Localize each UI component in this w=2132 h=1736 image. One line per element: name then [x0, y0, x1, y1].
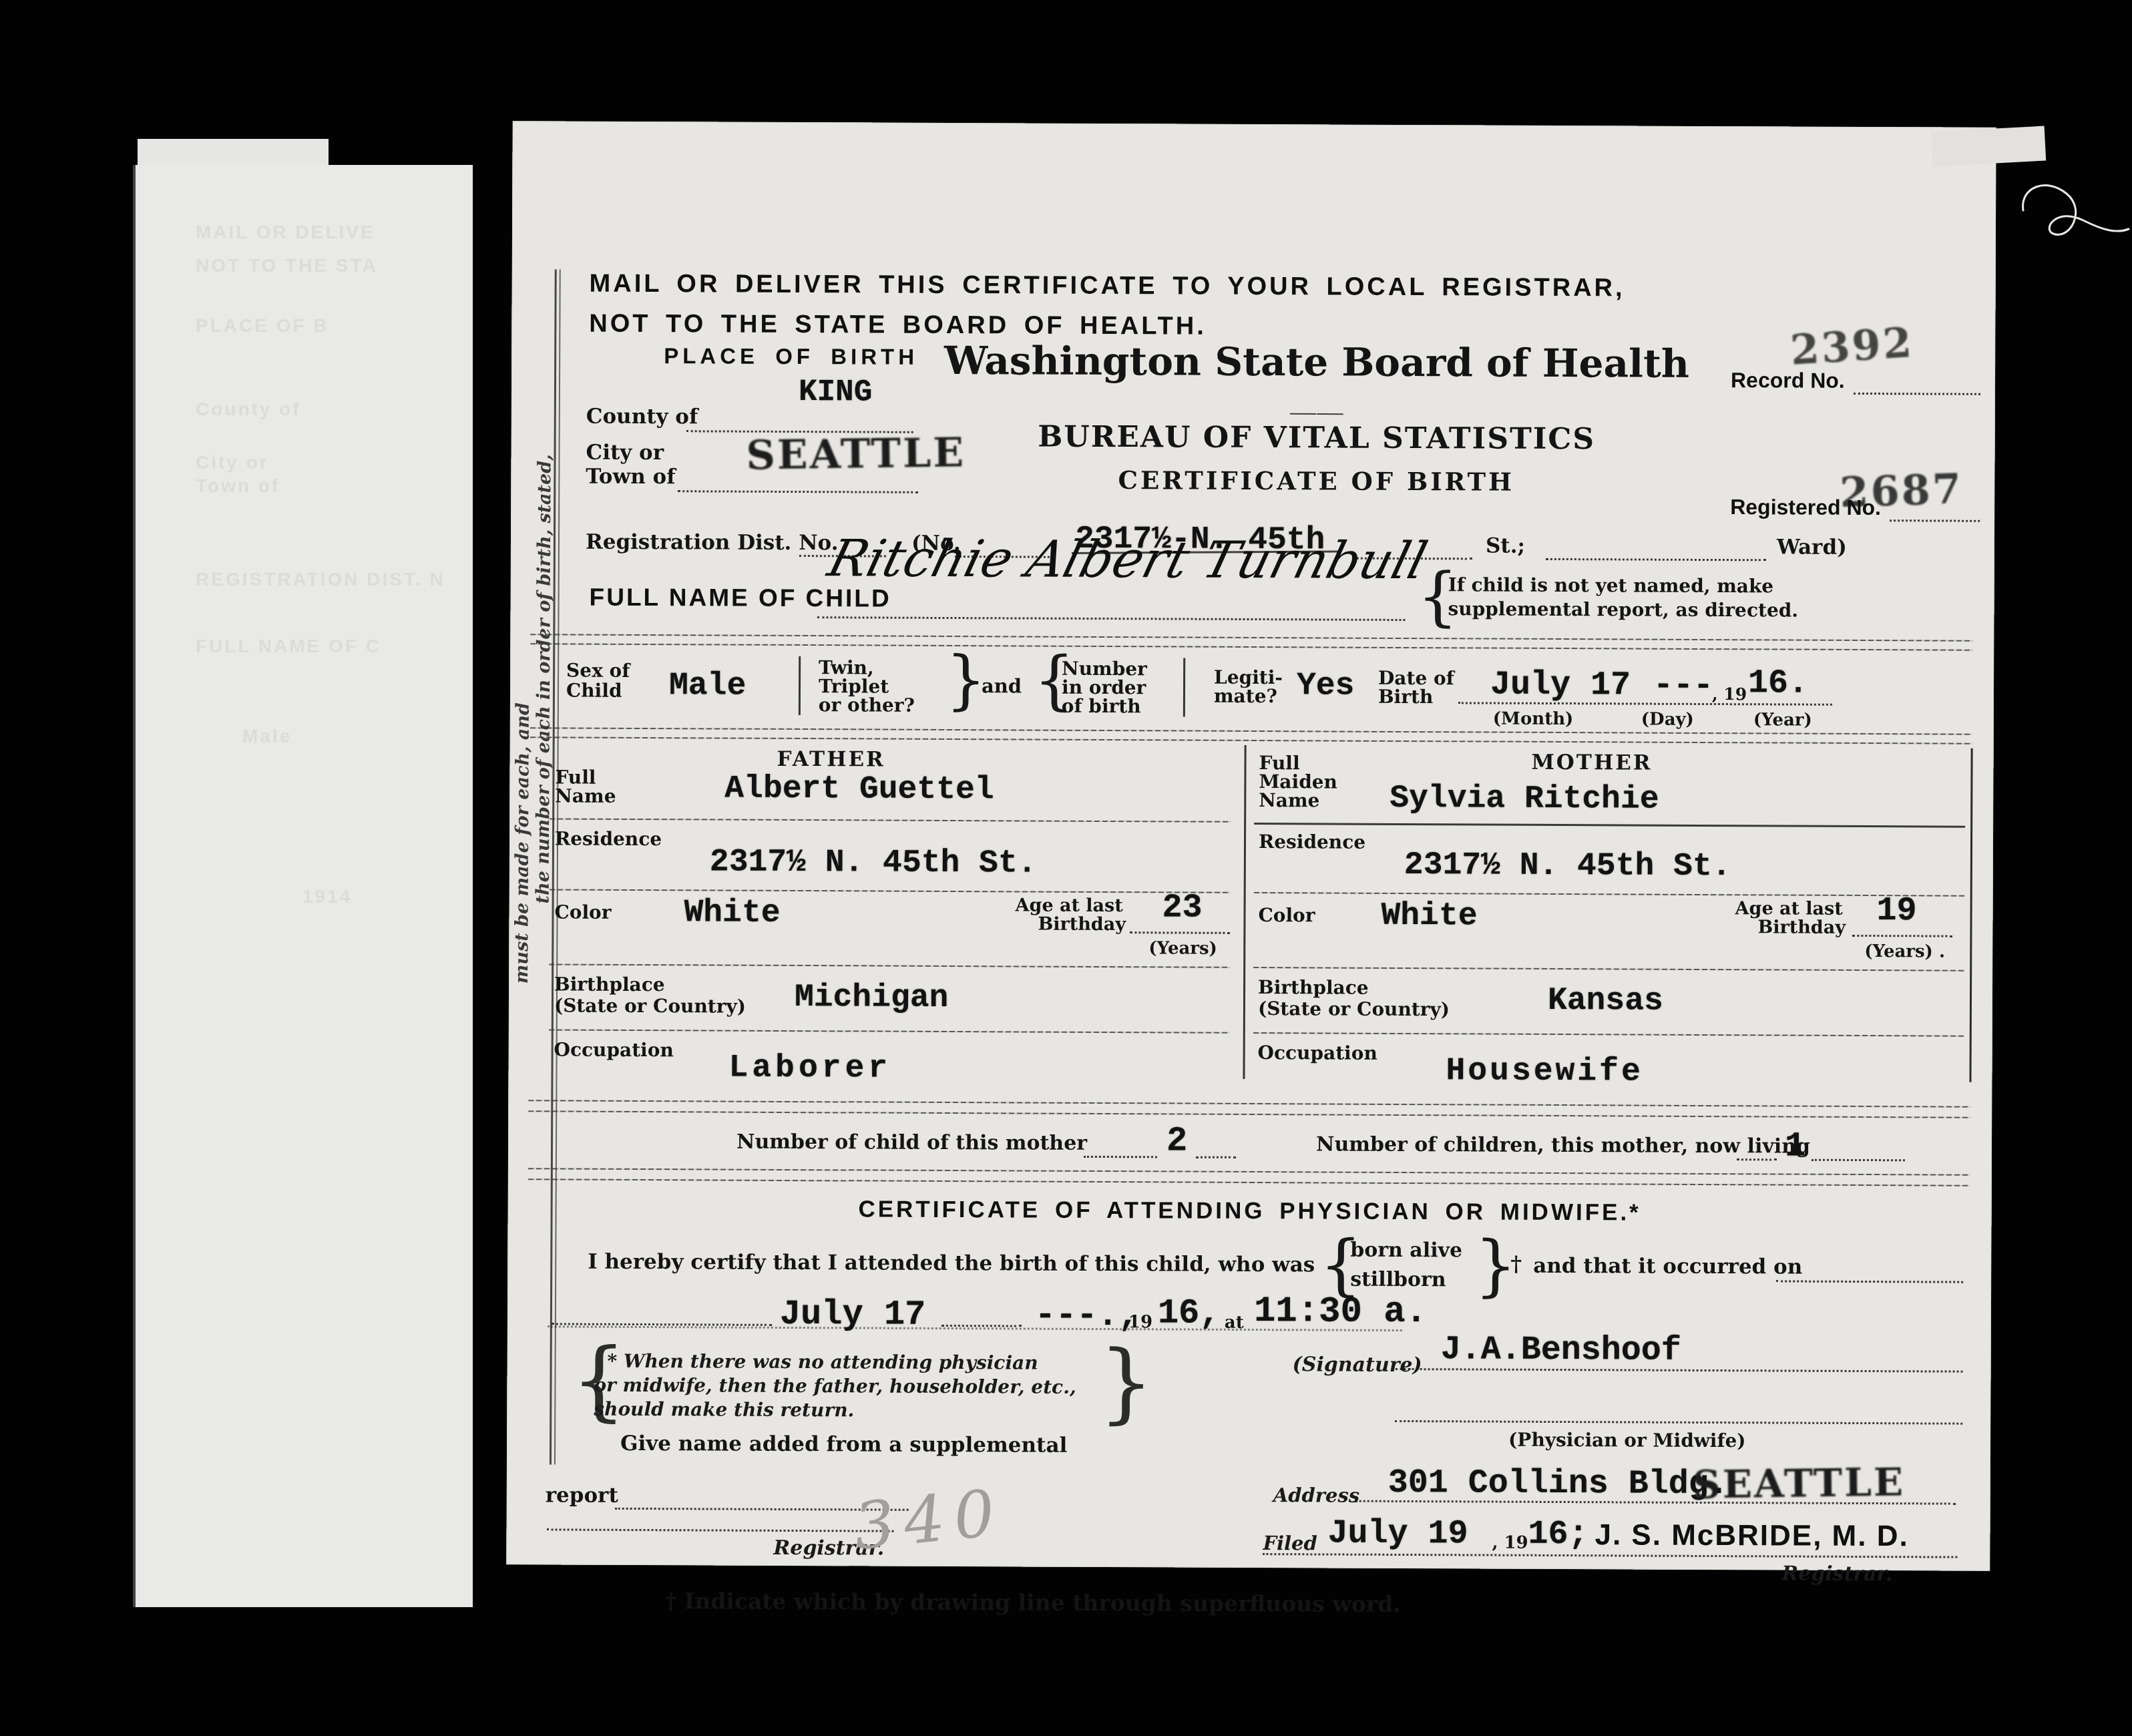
rule	[528, 1168, 1970, 1175]
indicate-note: † Indicate which by drawing line through…	[665, 1588, 1401, 1617]
address-value: 301 Collins Bldg.	[1388, 1464, 1729, 1504]
father-residence-label: Residence	[555, 827, 662, 850]
rule	[549, 1029, 1230, 1033]
rule	[528, 1100, 1970, 1107]
ward-dotted	[1546, 558, 1766, 561]
birth-certificate-page: must be made for each, and the number of…	[506, 121, 1996, 1571]
divider	[1183, 658, 1185, 717]
mother-residence-label: Residence	[1259, 831, 1365, 853]
record-dotted-line	[1854, 393, 1980, 395]
father-age-label-1: Age at last	[1016, 895, 1123, 916]
dob-label-2: Birth	[1378, 686, 1434, 708]
ghost-text: City or	[196, 452, 463, 473]
rule	[549, 963, 1230, 967]
time-value: 11:30 a.	[1254, 1291, 1428, 1333]
father-color-value: White	[684, 895, 780, 931]
physician-or-midwife-label: (Physician or Midwife)	[1508, 1429, 1746, 1452]
wire-curl	[2016, 170, 2130, 277]
mother-name-label-3: Name	[1259, 789, 1319, 811]
father-section-title: FATHER	[777, 747, 885, 772]
supplemental-line: Give name added from a supplemental	[620, 1432, 1067, 1458]
twin-label-3: or other?	[819, 694, 915, 716]
mother-birthplace-label-1: Birthplace	[1258, 976, 1369, 999]
filed-registrar-name: J. S. McBRIDE, M. D.	[1594, 1518, 1909, 1553]
registered-label: Registered No.	[1730, 495, 1881, 520]
ghost-text: Male	[242, 726, 509, 747]
order-label-3: of birth	[1062, 695, 1141, 718]
name-note-line2: supplemental report, as directed.	[1448, 598, 1798, 621]
sex-label-1: Sex of	[566, 660, 630, 682]
legitimate-label-2: mate?	[1214, 685, 1277, 707]
father-occupation-label: Occupation	[554, 1038, 674, 1061]
child-number-dotted1	[1084, 1156, 1157, 1158]
ghost-text: County of	[196, 399, 463, 420]
year-label: (Year)	[1753, 710, 1812, 730]
county-value: KING	[799, 375, 873, 409]
scanned-document: MAIL OR DELIVE NOT TO THE STA PLACE OF B…	[0, 0, 2132, 1736]
child-full-name-value: Ritchie Albert Turnbull	[823, 528, 1434, 590]
dagger-mark: †	[1510, 1251, 1522, 1277]
father-color-label: Color	[554, 901, 611, 923]
certify-text: I hereby certify that I attended the bir…	[588, 1250, 1315, 1277]
filed-19: , 19	[1492, 1533, 1528, 1553]
name-note-line1: If child is not yet named, make	[1448, 574, 1774, 597]
rule	[528, 1178, 1970, 1186]
certificate-of-birth-title: CERTIFICATE OF BIRTH	[798, 464, 1834, 498]
mother-color-value: White	[1381, 898, 1477, 935]
rule	[1253, 1032, 1964, 1037]
date-dotted-mid	[941, 1325, 1022, 1327]
address-city-stamp: SEATTLE	[1692, 1460, 1905, 1508]
org-title: Washington State Board of Health	[799, 337, 1835, 387]
rule	[1254, 892, 1965, 897]
father-age-dotted	[1130, 931, 1230, 934]
occurred-text: and that it occurred on	[1533, 1254, 1802, 1279]
filed-dotted	[1263, 1553, 1957, 1558]
left-blank-page: MAIL OR DELIVE NOT TO THE STA PLACE OF B…	[136, 165, 473, 1607]
ward-label: Ward)	[1777, 535, 1847, 559]
paper-fold	[1931, 126, 2046, 167]
sex-value: Male	[669, 668, 746, 704]
mother-years-label: (Years) .	[1864, 941, 1945, 962]
rule	[530, 736, 1972, 744]
footnote-line1: * When there was no attending physician	[608, 1350, 1038, 1374]
mother-birthplace-label-2: (State or Country)	[1258, 998, 1450, 1020]
children-living-value: 1	[1785, 1126, 1805, 1166]
dob-value: July 17	[1490, 666, 1631, 705]
rule	[528, 1110, 1970, 1118]
registered-dotted-line	[1890, 519, 1980, 522]
divider	[799, 656, 801, 715]
children-living-label: Number of children, this mother, now liv…	[1316, 1132, 1810, 1158]
parent-column-divider	[1243, 745, 1246, 1079]
children-living-dotted1	[1737, 1158, 1777, 1160]
registrar-left-line	[547, 1528, 894, 1532]
brace-close: }	[945, 648, 986, 712]
born-alive-option: born alive	[1350, 1239, 1462, 1263]
signature-dotted	[1396, 1368, 1963, 1373]
father-birthplace-label-2: (State or Country)	[554, 994, 746, 1017]
father-birthplace-label-1: Birthplace	[554, 973, 665, 996]
ghost-text: PLACE OF B	[196, 315, 463, 337]
county-label: County of	[586, 405, 698, 429]
mother-color-label: Color	[1258, 904, 1315, 926]
child-number-value: 2	[1166, 1121, 1187, 1160]
and-label: and	[982, 674, 1022, 697]
record-number-stamp: 2392	[1789, 318, 1915, 375]
mother-age-value: 19	[1876, 892, 1916, 930]
dob-19: , 19	[1712, 684, 1747, 704]
father-years-label: (Years)	[1148, 938, 1217, 958]
rule	[550, 818, 1231, 822]
stillborn-option: stillborn	[1350, 1268, 1446, 1292]
children-living-dotted2	[1811, 1159, 1905, 1162]
dob-dashes: ---	[1653, 667, 1713, 705]
registrar-right-label: Registrar.	[1781, 1562, 1892, 1586]
margin-instruction-line1: must be made for each, and	[511, 343, 535, 984]
legitimate-value: Yes	[1297, 668, 1355, 704]
margin-instruction: must be made for each, and the number of…	[511, 343, 556, 984]
ghost-text: NOT TO THE STA	[196, 255, 463, 276]
filed-value: July 19	[1327, 1515, 1468, 1554]
footnote-line2: or midwife, then the father, householder…	[594, 1374, 1076, 1398]
mother-birthplace-value: Kansas	[1548, 983, 1663, 1020]
ghost-text: Town of	[196, 475, 463, 497]
signature-value: J.A.Benshoof	[1441, 1331, 1681, 1370]
father-age-label-2: Birthday	[1038, 914, 1126, 935]
sex-label-2: Child	[566, 680, 622, 702]
mother-section-title: MOTHER	[1531, 750, 1652, 775]
day-label: (Day)	[1641, 710, 1694, 730]
mother-residence-value: 2317½ N. 45th St.	[1404, 847, 1731, 885]
full-name-dotted	[817, 616, 1405, 621]
city-label-line2: Town of	[586, 465, 675, 489]
occurred-dotted	[1776, 1280, 1963, 1283]
mother-age-label-1: Age at last	[1735, 898, 1843, 919]
mother-age-label-2: Birthday	[1757, 917, 1846, 938]
father-occupation-value: Laborer	[728, 1050, 891, 1087]
footnote-brace-close: }	[1098, 1339, 1154, 1426]
month-label: (Month)	[1493, 709, 1574, 730]
father-birthplace-value: Michigan	[795, 980, 949, 1016]
mail-instruction-line2: NOT TO THE STATE BOARD OF HEALTH.	[589, 310, 1207, 341]
mother-name-value: Sylvia Ritchie	[1390, 781, 1659, 818]
filed-year: 16;	[1528, 1516, 1588, 1554]
st-label: St.;	[1486, 534, 1525, 558]
ghost-text: MAIL OR DELIVE	[196, 222, 463, 243]
dob-year: 16.	[1748, 664, 1808, 702]
rule	[530, 634, 1972, 641]
footnote-line3: should make this return.	[594, 1398, 854, 1422]
mail-instruction-line1: MAIL OR DELIVER THIS CERTIFICATE TO YOUR…	[590, 270, 1625, 303]
rule	[550, 889, 1231, 893]
father-name-value: Albert Guettel	[724, 771, 994, 809]
signature-dotted2	[1395, 1420, 1962, 1425]
mother-occupation-value: Housewife	[1446, 1053, 1643, 1090]
registration-dist-label: Registration Dist. No.	[586, 530, 839, 556]
filed-label: Filed	[1263, 1532, 1317, 1554]
date-year: 16,	[1158, 1293, 1221, 1333]
mother-age-dotted	[1852, 935, 1952, 937]
rule	[530, 643, 1972, 650]
ghost-text: FULL NAME OF C	[196, 636, 463, 657]
rule	[1254, 823, 1965, 828]
child-number-label: Number of child of this mother	[736, 1130, 1087, 1155]
father-residence-value: 2317½ N. 45th St.	[710, 844, 1037, 881]
record-label: Record No.	[1731, 368, 1845, 393]
father-age-value: 23	[1162, 889, 1202, 927]
signature-label: (Signature)	[1293, 1353, 1422, 1377]
ghost-text: REGISTRATION DIST. N	[196, 569, 463, 590]
father-name-label-2: Name	[555, 785, 616, 807]
address-label: Address	[1273, 1484, 1360, 1507]
pencil-annotation: 340	[851, 1475, 1008, 1564]
physician-section-title: CERTIFICATE OF ATTENDING PHYSICIAN OR MI…	[508, 1195, 1992, 1228]
report-label: report	[546, 1483, 618, 1507]
child-number-dotted2	[1196, 1156, 1236, 1158]
rule	[1253, 967, 1964, 971]
city-label-line1: City or	[586, 441, 664, 465]
mother-occupation-label: Occupation	[1258, 1042, 1377, 1064]
form-right-border	[1969, 748, 1972, 1082]
